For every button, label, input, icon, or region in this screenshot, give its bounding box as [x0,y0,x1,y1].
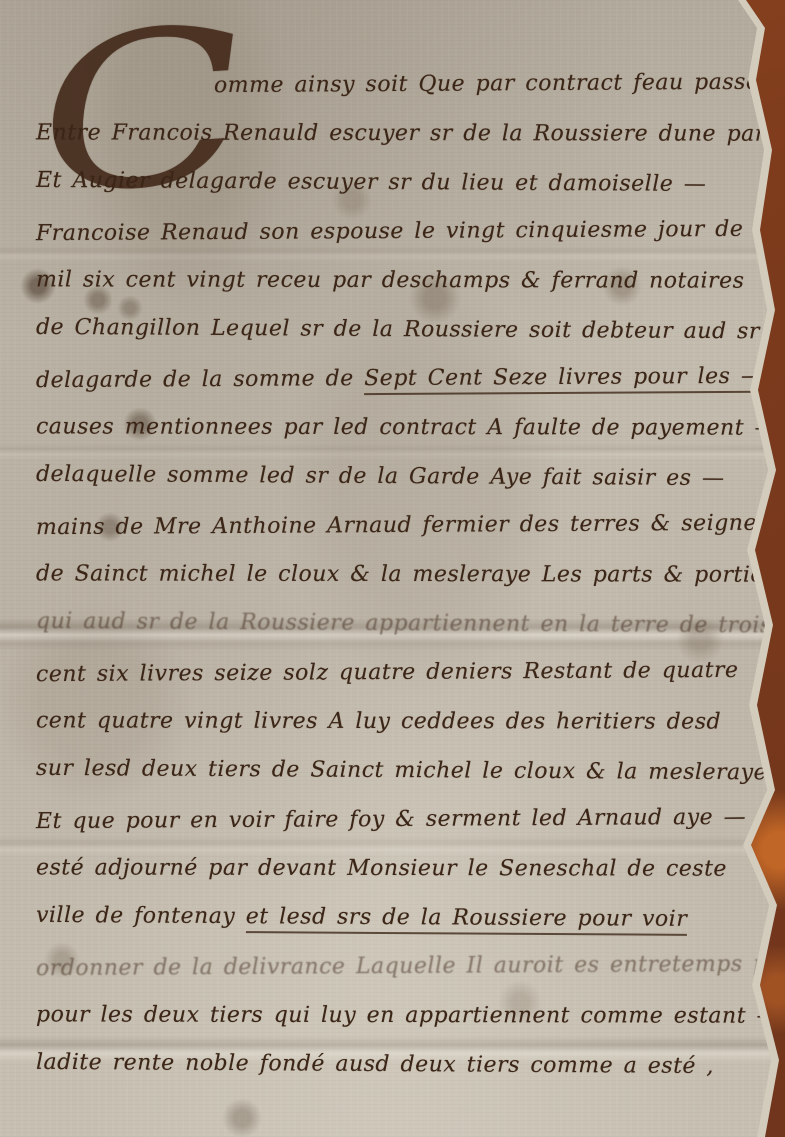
handwritten-text: mil six cent vingt receu par deschamps &… [36,267,744,293]
handwritten-text: de Sainct michel le cloux & la mesleraye… [36,561,785,587]
manuscript-line: Et que pour en voir faire foy & serment … [36,793,742,846]
handwritten-text: ladite rente noble fondé ausd deux tiers… [36,1050,714,1079]
handwritten-text: cent quatre vingt livres A luy ceddees d… [36,708,721,734]
handwritten-text: causes mentionnees par led contract A fa… [36,414,777,440]
manuscript-line: delagarde de la somme de Sept Cent Seze … [36,352,742,405]
handwritten-text: omme ainsy soit Que par contract feau pa… [214,70,760,98]
handwritten-text: delagarde de la somme de [36,366,364,393]
handwritten-text: Francoise Renaud son espouse le vingt ci… [36,216,785,246]
handwritten-text: Entre Francois Renauld escuyer sr de la … [36,120,775,146]
handwritten-text: Et que pour en voir faire foy & serment … [36,805,746,834]
handwritten-text: mains de Mre Anthoine Arnaud fermier des… [36,510,785,540]
manuscript-line: mains de Mre Anthoine Arnaud fermier des… [36,499,742,552]
manuscript-line: causes mentionnees par led contract A fa… [36,402,742,452]
handwritten-text: pour les deux tiers qui luy en appartien… [36,1002,779,1028]
manuscript-line: ville de fontenay et lesd srs de la Rous… [36,891,742,944]
manuscript-line: cent six livres seize solz quatre denier… [36,646,742,699]
manuscript-line: mil six cent vingt receu par deschamps &… [36,255,742,305]
handwritten-text: Et Augier delagarde escuyer sr du lieu e… [36,168,706,197]
manuscript-line: qui aud sr de la Roussiere appartiennent… [36,597,742,650]
manuscript-line: Entre Francois Renauld escuyer sr de la … [36,108,742,158]
handwritten-text: de Changillon Lequel sr de la Roussiere … [36,315,760,344]
handwritten-text: qui aud sr de la Roussiere appartiennent… [36,609,772,638]
manuscript-line: sur lesd deux tiers de Sainct michel le … [36,744,742,797]
manuscript-line: ordonner de la delivrance Laquelle Il au… [36,940,742,993]
handwritten-text: ordonner de la delivrance Laquelle Il au… [36,951,785,981]
manuscript-line: delaquelle somme led sr de la Garde Aye … [36,450,742,503]
manuscript-line: de Changillon Lequel sr de la Roussiere … [36,303,742,356]
manuscript-lines: omme ainsy soit Que par contract feau pa… [36,60,742,1089]
manuscript-line: de Sainct michel le cloux & la mesleraye… [36,549,742,599]
handwritten-text: sur lesd deux tiers de Sainct michel le … [36,756,767,785]
handwritten-text: ville de fontenay [36,903,246,929]
manuscript-line: Et Augier delagarde escuyer sr du lieu e… [36,156,742,209]
underlined-text: Sept Cent Seze livres pour les — [364,364,763,395]
photo-background: C omme ainsy soit Que par contract feau … [0,0,785,1137]
manuscript-line: Francoise Renaud son espouse le vingt ci… [36,205,742,258]
handwritten-text: esté adjourné par devant Monsieur le Sen… [36,855,727,881]
handwritten-text: cent six livres seize solz quatre denier… [36,658,739,687]
manuscript-line: esté adjourné par devant Monsieur le Sen… [36,843,742,893]
manuscript-line: pour les deux tiers qui luy en appartien… [36,990,742,1040]
handwritten-text: delaquelle somme led sr de la Garde Aye … [36,462,725,491]
manuscript-line: ladite rente noble fondé ausd deux tiers… [36,1038,742,1091]
underlined-text: et lesd srs de la Roussiere pour voir [246,904,688,936]
manuscript-line: cent quatre vingt livres A luy ceddees d… [36,696,742,746]
manuscript-page: C omme ainsy soit Que par contract feau … [0,0,785,1137]
manuscript-line: omme ainsy soit Que par contract feau pa… [36,58,742,111]
